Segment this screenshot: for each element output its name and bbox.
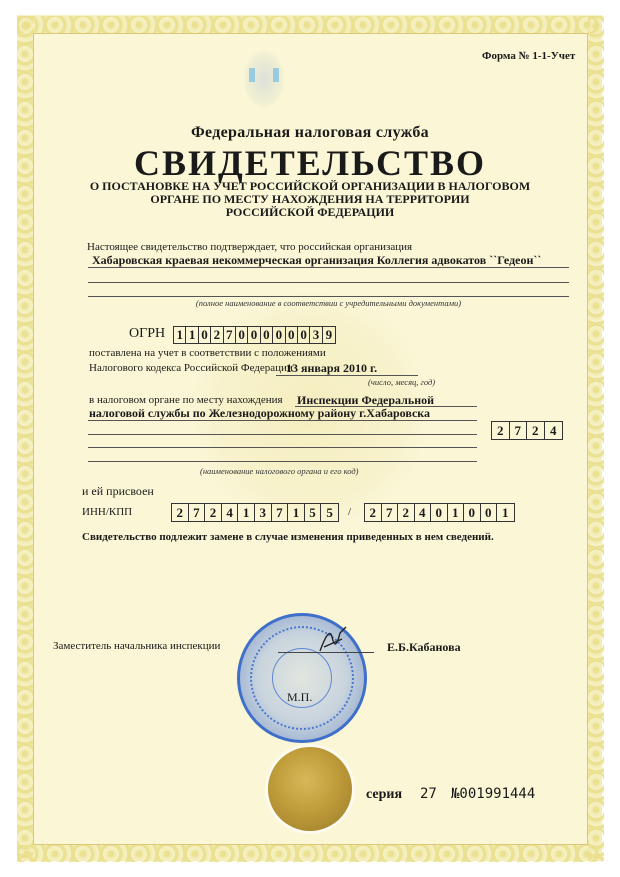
digit-cell: 0 [248, 327, 260, 343]
fill-line [88, 447, 477, 448]
digit-cell: 1 [448, 504, 465, 521]
fill-line [88, 434, 477, 435]
ogrn-digits: 1102700000039 [173, 326, 336, 344]
serial-number: №001991444 [451, 786, 535, 802]
registration-line2: Налогового кодекса Российской Федерации [89, 362, 293, 374]
digit-cell: 1 [174, 327, 186, 343]
inn-digits: 2724137155 [171, 503, 339, 522]
fill-line [88, 267, 569, 268]
digit-cell: 7 [272, 504, 289, 521]
ornamental-border-top [17, 16, 602, 33]
digit-cell: 3 [255, 504, 272, 521]
organization-name: Хабаровская краевая некоммерческая орган… [92, 253, 541, 268]
digit-cell: 0 [481, 504, 498, 521]
stamp-place-label: М.П. [287, 690, 312, 705]
registration-line1: поставлена на учет в соответствии с поло… [89, 347, 326, 359]
fill-line [276, 375, 418, 376]
series-label: серия [366, 787, 402, 803]
digit-cell: 4 [415, 504, 432, 521]
date-caption: (число, месяц, год) [368, 377, 435, 387]
digit-cell: 1 [186, 327, 198, 343]
tax-authority-caption: (наименование налогового органа и его ко… [200, 466, 359, 476]
digit-cell: 0 [261, 327, 273, 343]
digit-cell: 0 [431, 504, 448, 521]
digit-cell: 7 [189, 504, 206, 521]
signatory-position: Заместитель начальника инспекции [53, 640, 220, 652]
digit-cell: 0 [236, 327, 248, 343]
gold-seal-icon [268, 747, 352, 831]
series-value: 27 [420, 786, 437, 802]
registration-date: 13 января 2010 г. [286, 361, 377, 376]
kpp-digits: 272401001 [364, 503, 515, 522]
digit-cell: 2 [172, 504, 189, 521]
digit-cell: 2 [492, 422, 510, 439]
digit-cell: 5 [321, 504, 338, 521]
subtitle-line: РОССИЙСКОЙ ФЕДЕРАЦИИ [0, 206, 620, 219]
digit-cell: 0 [286, 327, 298, 343]
digit-cell: 5 [305, 504, 322, 521]
fill-line [88, 282, 569, 283]
digit-cell: 1 [288, 504, 305, 521]
digit-cell: 2 [398, 504, 415, 521]
signatory-name: Е.Б.Кабанова [387, 640, 461, 655]
digit-cell: 2 [205, 504, 222, 521]
digit-cell: 7 [224, 327, 236, 343]
fill-line [88, 461, 477, 462]
digit-cell: 7 [382, 504, 399, 521]
digit-cell: 2 [527, 422, 545, 439]
document-subtitle: О ПОСТАНОВКЕ НА УЧЕТ РОССИЙСКОЙ ОРГАНИЗА… [0, 180, 620, 219]
fill-line [88, 420, 477, 421]
signature-icon [318, 625, 348, 655]
tax-authority-code: 2724 [491, 421, 563, 440]
digit-cell: 0 [199, 327, 211, 343]
ogrn-label: ОГРН [129, 326, 165, 342]
digit-cell: 3 [310, 327, 322, 343]
tax-authority-lead: в налоговом органе по месту нахождения [89, 394, 283, 406]
digit-cell: 1 [238, 504, 255, 521]
digit-cell: 4 [222, 504, 239, 521]
fill-line [88, 296, 569, 297]
agency-name: Федеральная налоговая служба [0, 124, 620, 142]
digit-cell: 7 [510, 422, 528, 439]
digit-cell: 1 [497, 504, 514, 521]
ornamental-border-bottom [17, 845, 602, 862]
assigned-label: и ей присвоен [82, 484, 154, 499]
form-number: Форма № 1-1-Учет [482, 50, 575, 62]
inn-kpp-separator: / [348, 506, 351, 518]
replacement-notice: Свидетельство подлежит замене в случае и… [82, 531, 494, 543]
digit-cell: 2 [365, 504, 382, 521]
digit-cell: 2 [211, 327, 223, 343]
digit-cell: 4 [545, 422, 563, 439]
digit-cell: 0 [298, 327, 310, 343]
fns-emblem-icon [243, 50, 285, 108]
digit-cell: 0 [273, 327, 285, 343]
digit-cell: 9 [323, 327, 335, 343]
intro-text: Настоящее свидетельство подтверждает, чт… [87, 241, 412, 253]
digit-cell: 0 [464, 504, 481, 521]
organization-caption: (полное наименование в соответствии с уч… [0, 298, 620, 308]
inn-kpp-label: ИНН/КПП [82, 506, 132, 518]
document-title: СВИДЕТЕЛЬСТВО [0, 143, 620, 183]
tax-authority-name-part2: налоговой службы по Железнодорожному рай… [89, 406, 430, 421]
